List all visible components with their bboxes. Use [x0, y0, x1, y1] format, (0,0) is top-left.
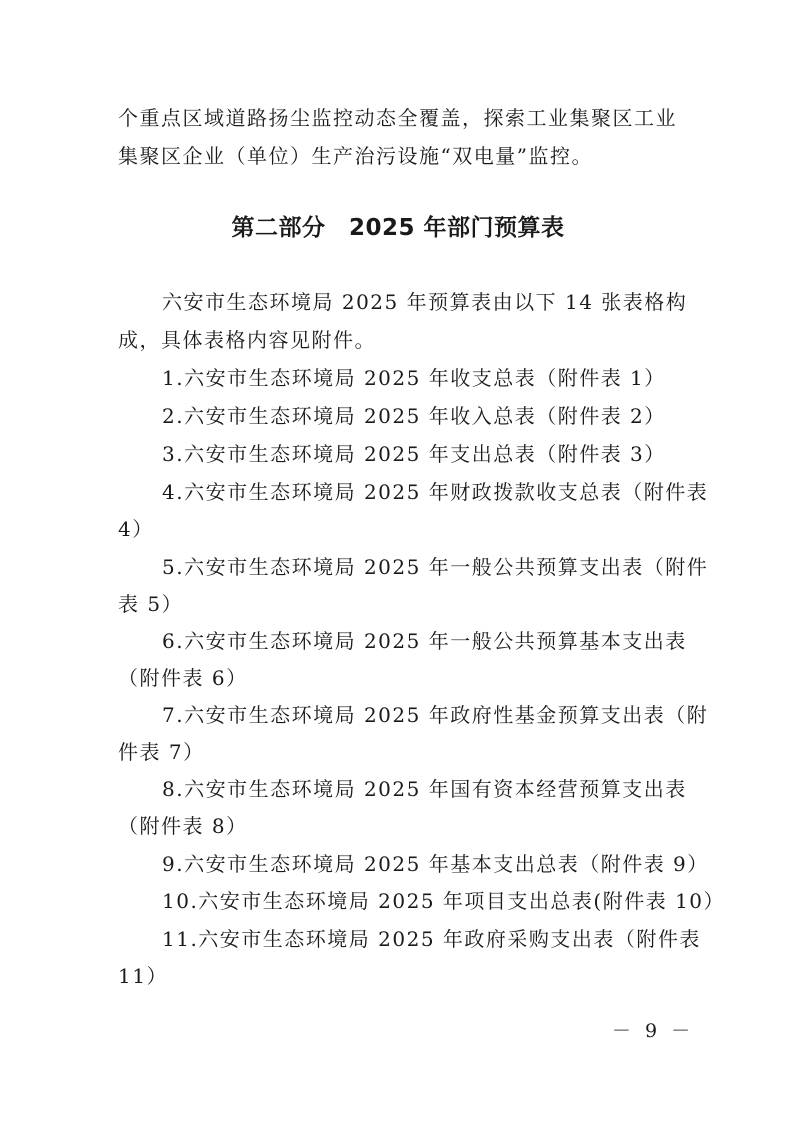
list-item-2: 2.六安市生态环境局 2025 年收入总表（附件表 2） — [162, 398, 666, 435]
list-item-9: 9.六安市生态环境局 2025 年基本支出总表（附件表 9） — [162, 846, 709, 883]
list-item-4-line-2: 4） — [118, 511, 154, 548]
list-item-8-line-1: 8.六安市生态环境局 2025 年国有资本经营预算支出表 — [162, 771, 687, 808]
summary-line-2: 成，具体表格内容见附件。 — [118, 322, 376, 359]
list-item-6-line-2: （附件表 6） — [118, 660, 248, 697]
list-item-7-line-1: 7.六安市生态环境局 2025 年政府性基金预算支出表（附 — [162, 697, 708, 734]
intro-paragraph-line-1: 个重点区域道路扬尘监控动态全覆盖，探索工业集聚区工业 — [118, 100, 677, 137]
list-item-1: 1.六安市生态环境局 2025 年收支总表（附件表 1） — [162, 360, 666, 397]
list-item-10: 10.六安市生态环境局 2025 年项目支出总表(附件表 10） — [162, 883, 725, 920]
list-item-11-line-1: 11.六安市生态环境局 2025 年政府采购支出表（附件表 — [162, 921, 701, 958]
section-title: 第二部分 2025 年部门预算表 — [118, 210, 678, 247]
list-item-4-line-1: 4.六安市生态环境局 2025 年财政拨款收支总表（附件表 — [162, 474, 708, 511]
list-item-7-line-2: 件表 7） — [118, 734, 205, 771]
document-page: 个重点区域道路扬尘监控动态全覆盖，探索工业集聚区工业 集聚区企业（单位）生产治污… — [0, 0, 793, 1122]
page-number: － 9 － — [612, 1016, 694, 1043]
list-item-8-line-2: （附件表 8） — [118, 808, 248, 845]
list-item-6-line-1: 6.六安市生态环境局 2025 年一般公共预算基本支出表 — [162, 623, 687, 660]
list-item-5-line-2: 表 5） — [118, 586, 183, 623]
summary-line-1: 六安市生态环境局 2025 年预算表由以下 14 张表格构 — [162, 284, 687, 321]
list-item-5-line-1: 5.六安市生态环境局 2025 年一般公共预算支出表（附件 — [162, 549, 708, 586]
intro-paragraph-line-2: 集聚区企业（单位）生产治污设施“双电量”监控。 — [118, 138, 593, 175]
list-item-11-line-2: 11） — [118, 958, 168, 995]
list-item-3: 3.六安市生态环境局 2025 年支出总表（附件表 3） — [162, 436, 666, 473]
